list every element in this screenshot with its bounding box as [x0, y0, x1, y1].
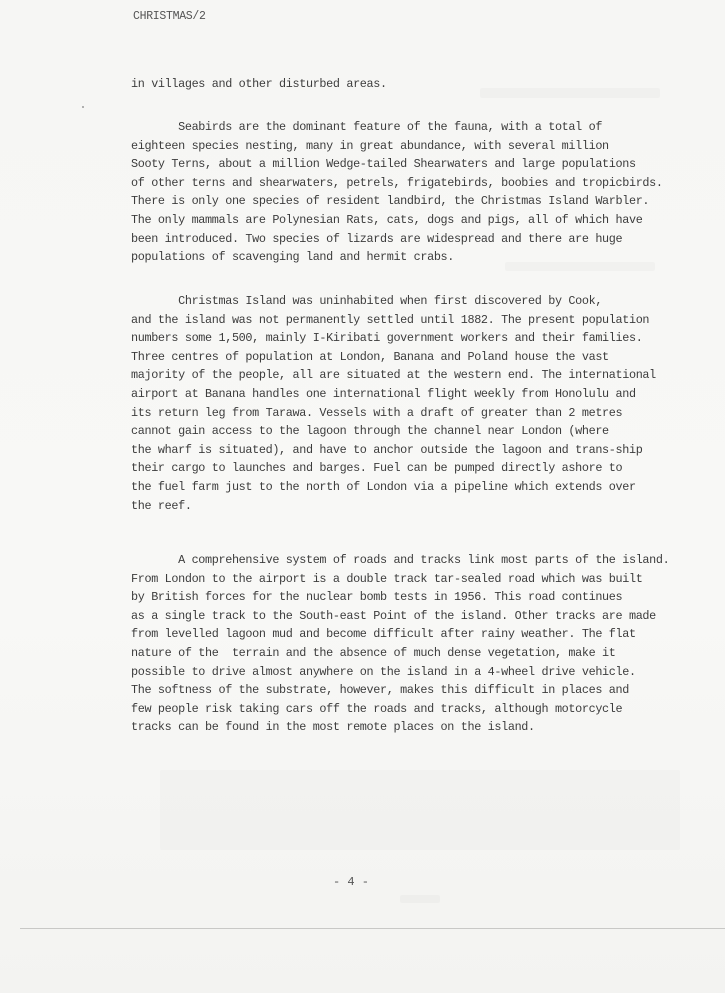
text-line: from levelled lagoon mud and become diff…: [131, 625, 676, 644]
text-line: been introduced. Two species of lizards …: [131, 230, 676, 249]
text-line: airport at Banana handles one internatio…: [131, 385, 676, 404]
paragraph-intro-continuation: in villages and other disturbed areas.: [131, 75, 676, 94]
text-line: There is only one species of resident la…: [131, 192, 676, 211]
text-line: cannot gain access to the lagoon through…: [131, 422, 676, 441]
text-line: as a single track to the South-east Poin…: [131, 607, 676, 626]
text-line: tracks can be found in the most remote p…: [131, 718, 676, 737]
text-line: the fuel farm just to the north of Londo…: [131, 478, 676, 497]
text-line: the reef.: [131, 497, 676, 516]
text-line: populations of scavenging land and hermi…: [131, 248, 676, 267]
text-line: Three centres of population at London, B…: [131, 348, 676, 367]
text-line: and the island was not permanently settl…: [131, 311, 676, 330]
text-line: Sooty Terns, about a million Wedge-taile…: [131, 155, 676, 174]
text-line: The only mammals are Polynesian Rats, ca…: [131, 211, 676, 230]
text-line: majority of the people, all are situated…: [131, 366, 676, 385]
text-line: numbers some 1,500, mainly I-Kiribati go…: [131, 329, 676, 348]
paragraph-fauna: Seabirds are the dominant feature of the…: [131, 118, 676, 267]
paragraph-roads: A comprehensive system of roads and trac…: [131, 551, 676, 737]
text-line: Seabirds are the dominant feature of the…: [131, 118, 676, 137]
page-number: - 4 -: [333, 875, 369, 889]
page-edge-line: [20, 928, 725, 929]
text-line: The softness of the substrate, however, …: [131, 681, 676, 700]
show-through-text: [160, 770, 680, 850]
margin-dot: [82, 106, 84, 108]
text-line: Christmas Island was uninhabited when fi…: [131, 292, 676, 311]
text-line: few people risk taking cars off the road…: [131, 700, 676, 719]
text-line: in villages and other disturbed areas.: [131, 75, 676, 94]
text-line: their cargo to launches and barges. Fuel…: [131, 459, 676, 478]
text-line: its return leg from Tarawa. Vessels with…: [131, 404, 676, 423]
text-line: possible to drive almost anywhere on the…: [131, 663, 676, 682]
paragraph-settlement: Christmas Island was uninhabited when fi…: [131, 292, 676, 515]
text-line: A comprehensive system of roads and trac…: [131, 551, 676, 570]
page-header: CHRISTMAS/2: [133, 10, 206, 23]
text-line: From London to the airport is a double t…: [131, 570, 676, 589]
text-line: nature of the terrain and the absence of…: [131, 644, 676, 663]
text-line: eighteen species nesting, many in great …: [131, 137, 676, 156]
text-line: of other terns and shearwaters, petrels,…: [131, 174, 676, 193]
text-line: by British forces for the nuclear bomb t…: [131, 588, 676, 607]
text-line: the wharf is situated), and have to anch…: [131, 441, 676, 460]
document-page: CHRISTMAS/2 in villages and other distur…: [0, 0, 725, 993]
show-through-text: [400, 895, 440, 903]
